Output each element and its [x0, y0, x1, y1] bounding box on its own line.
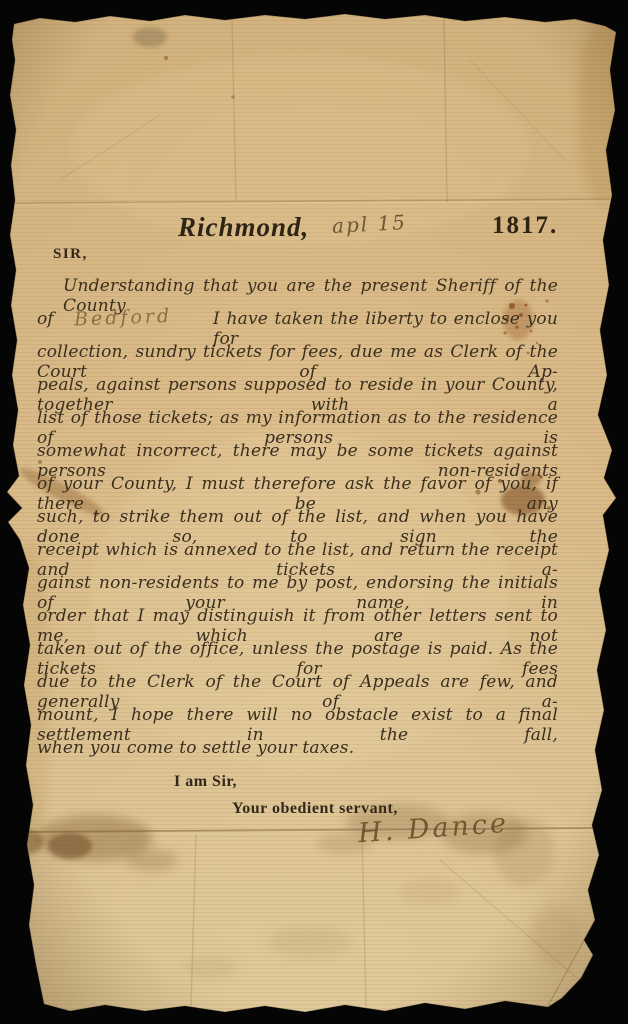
closing-line-2: Your obedient servant,: [232, 800, 398, 818]
body-line: gainst non-residents to me by post, endo…: [37, 573, 558, 599]
body-line: of your County, I must therefore ask the…: [37, 474, 558, 500]
place-name: Richmond,: [178, 212, 309, 243]
handwritten-date: apl 15: [331, 210, 407, 238]
body-line: due to the Clerk of the Court of Appeals…: [37, 672, 558, 698]
body-line: when you come to settle your taxes.: [37, 738, 558, 764]
body-line: such, to strike them out of the list, an…: [37, 507, 558, 533]
year: 1817.: [492, 212, 558, 240]
county-name-handwritten: Bedford: [74, 304, 215, 331]
body-line-prefix: of: [37, 309, 54, 329]
body-line: somewhat incorrect, there may be some ti…: [37, 441, 558, 467]
closing-line-1: I am Sir,: [174, 773, 237, 791]
salutation: SIR,: [53, 246, 88, 263]
body-line: Understanding that you are the present S…: [37, 276, 558, 302]
body-line: mount, I hope there will no obstacle exi…: [37, 705, 558, 731]
body-line: collection, sundry tickets for fees, due…: [37, 342, 558, 368]
body-line: list of those tickets; as my information…: [37, 408, 558, 434]
letter-scan: Richmond, apl 15 1817. SIR, Understandin…: [0, 0, 628, 1024]
letter-text: Richmond, apl 15 1817. SIR, Understandin…: [0, 0, 628, 1024]
body-line: order that I may distinguish it from oth…: [37, 606, 558, 632]
body-line: peals, against persons supposed to resid…: [37, 375, 558, 401]
body-line: taken out of the office, unless the post…: [37, 639, 558, 665]
body-line: receipt which is annexed to the list, an…: [37, 540, 558, 566]
